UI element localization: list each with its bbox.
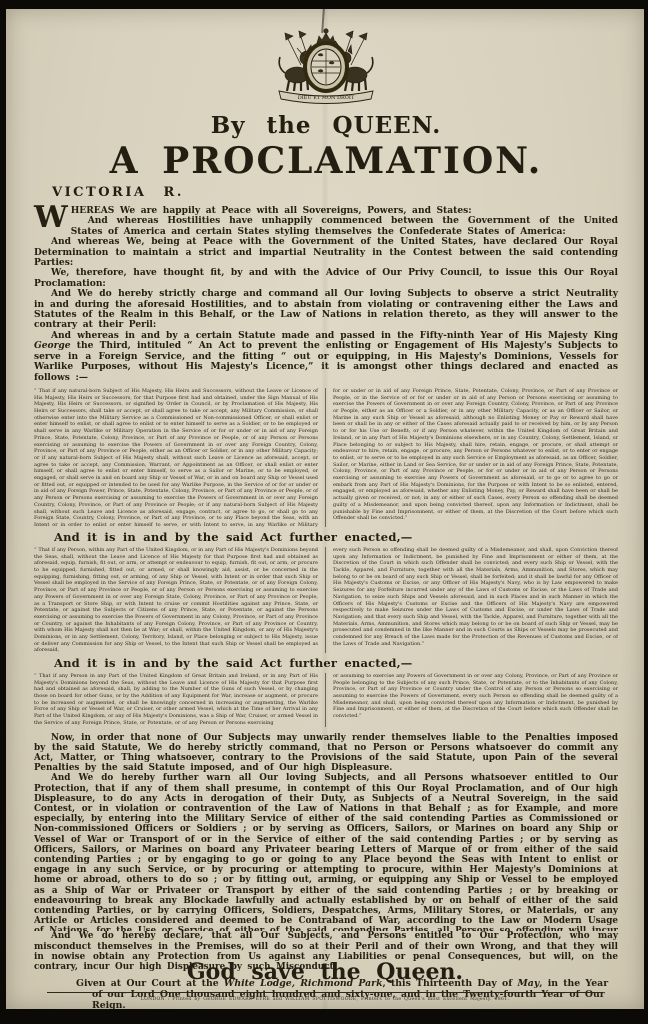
page-title: A PROCLAMATION. (34, 141, 618, 181)
motto-text: DIEU ET MON DROIT (298, 95, 355, 101)
statute-extracts-section: “ That if any natural-born Subject of Hi… (34, 388, 618, 727)
royal-coat-of-arms-icon: DIEU ET MON DROIT (235, 27, 417, 107)
garter-shield (305, 43, 347, 91)
statute-block-3: “ That if any Person in any Part of the … (34, 673, 618, 727)
dropcap-w: W (34, 206, 71, 228)
king-george-italic: George (34, 340, 71, 351)
crown-icon (317, 29, 335, 43)
footer-rule (47, 992, 602, 993)
warning-paragraph: And We do hereby further warn all Our lo… (34, 773, 618, 931)
footer: God save the Queen. LONDON : Printed by … (6, 960, 644, 1003)
preamble-paragraph-4: We, therefore, have thought fit, by and … (34, 268, 618, 289)
crest-container: DIEU ET MON DROIT (34, 27, 618, 111)
statute-recital-post: the Third, intituled “ An Act to prevent… (34, 340, 618, 382)
preamble-paragraph-2: And whereas Hostilities have unhappily c… (34, 216, 618, 237)
kicker-by-the-queen: By the QUEEN. (34, 113, 618, 139)
royal-signature: VICTORIA R. (52, 185, 618, 201)
command-paragraph: Now, in order that none of Our Subjects … (34, 733, 618, 774)
god-save-the-queen: God save the Queen. (6, 960, 644, 985)
statute-block-2: “ That if any Person, within any Part of… (34, 547, 618, 653)
preamble-paragraph-6: And whereas in and by a certain Statute … (34, 331, 618, 383)
further-enacted-heading-2: And it is in and by the said Act further… (54, 657, 618, 670)
preamble-paragraph-3: And whereas We, being at Peace with the … (34, 237, 618, 268)
preamble-text-1: HEREAS We are happily at Peace with all … (71, 205, 472, 216)
preamble-paragraph-5: And We do hereby strictly charge and com… (34, 289, 618, 331)
scanned-proclamation-photo: { "colors":{"paper":"#d8d1bd","ink":"#24… (0, 0, 648, 1024)
statute-block-1-left-column: “ That if any natural-born Subject of Hi… (34, 388, 326, 527)
statute-block-3-right-column: or assuming to exercise any Powers of Go… (326, 673, 618, 727)
preamble-section: WHEREAS We are happily at Peace with all… (34, 206, 618, 383)
proclamation-broadside: DIEU ET MON DROIT By the QUEEN. A PROCLA… (6, 9, 644, 1009)
statute-recital-pre: And whereas in and by a certain Statute … (51, 330, 618, 341)
further-enacted-heading-1: And it is in and by the said Act further… (54, 531, 618, 544)
statute-block-2-right-column: every such Person so offending shall be … (326, 547, 618, 653)
statute-block-2-left-column: “ That if any Person, within any Part of… (34, 547, 326, 653)
printer-imprint: LONDON : Printed by GEORGE EDWARD EYRE a… (6, 997, 644, 1003)
statute-block-1-right-column: for or under or in aid of any Foreign Pr… (326, 388, 618, 527)
closing-commands-section: Now, in order that none of Our Subjects … (34, 733, 618, 973)
statute-block-1: “ That if any natural-born Subject of Hi… (34, 388, 618, 527)
statute-block-3-left-column: “ That if any Person in any Part of the … (34, 673, 326, 727)
